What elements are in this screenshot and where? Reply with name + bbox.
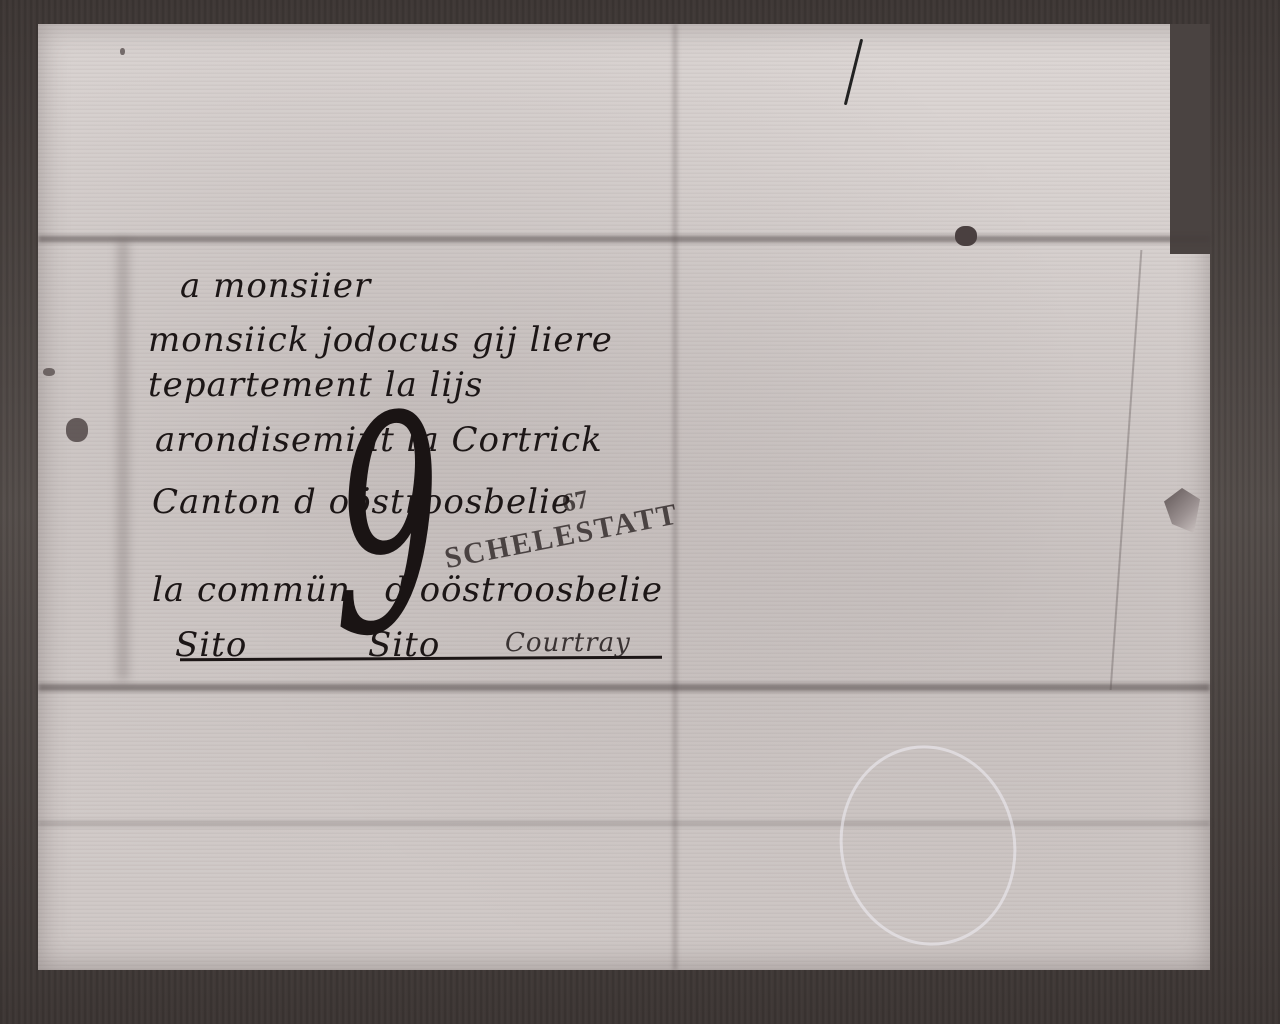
ink-spot: [955, 226, 977, 246]
address-line-courtray: Courtray: [505, 628, 631, 658]
ink-spot: [43, 368, 55, 376]
address-line-salutation: a monsiier: [180, 266, 371, 306]
ink-spot: [66, 418, 88, 442]
fold-shadow-left: [118, 240, 128, 680]
fold-line-horizontal-top: [38, 236, 1210, 242]
ink-spot: [120, 48, 125, 55]
paper-edge-notch: [1170, 24, 1210, 254]
postage-due-tax-mark: 9: [335, 378, 440, 678]
fold-line-horizontal-middle: [38, 684, 1210, 691]
fold-line-horizontal-bottom: [38, 822, 1210, 825]
address-line-commune-label: la commün: [152, 570, 351, 610]
